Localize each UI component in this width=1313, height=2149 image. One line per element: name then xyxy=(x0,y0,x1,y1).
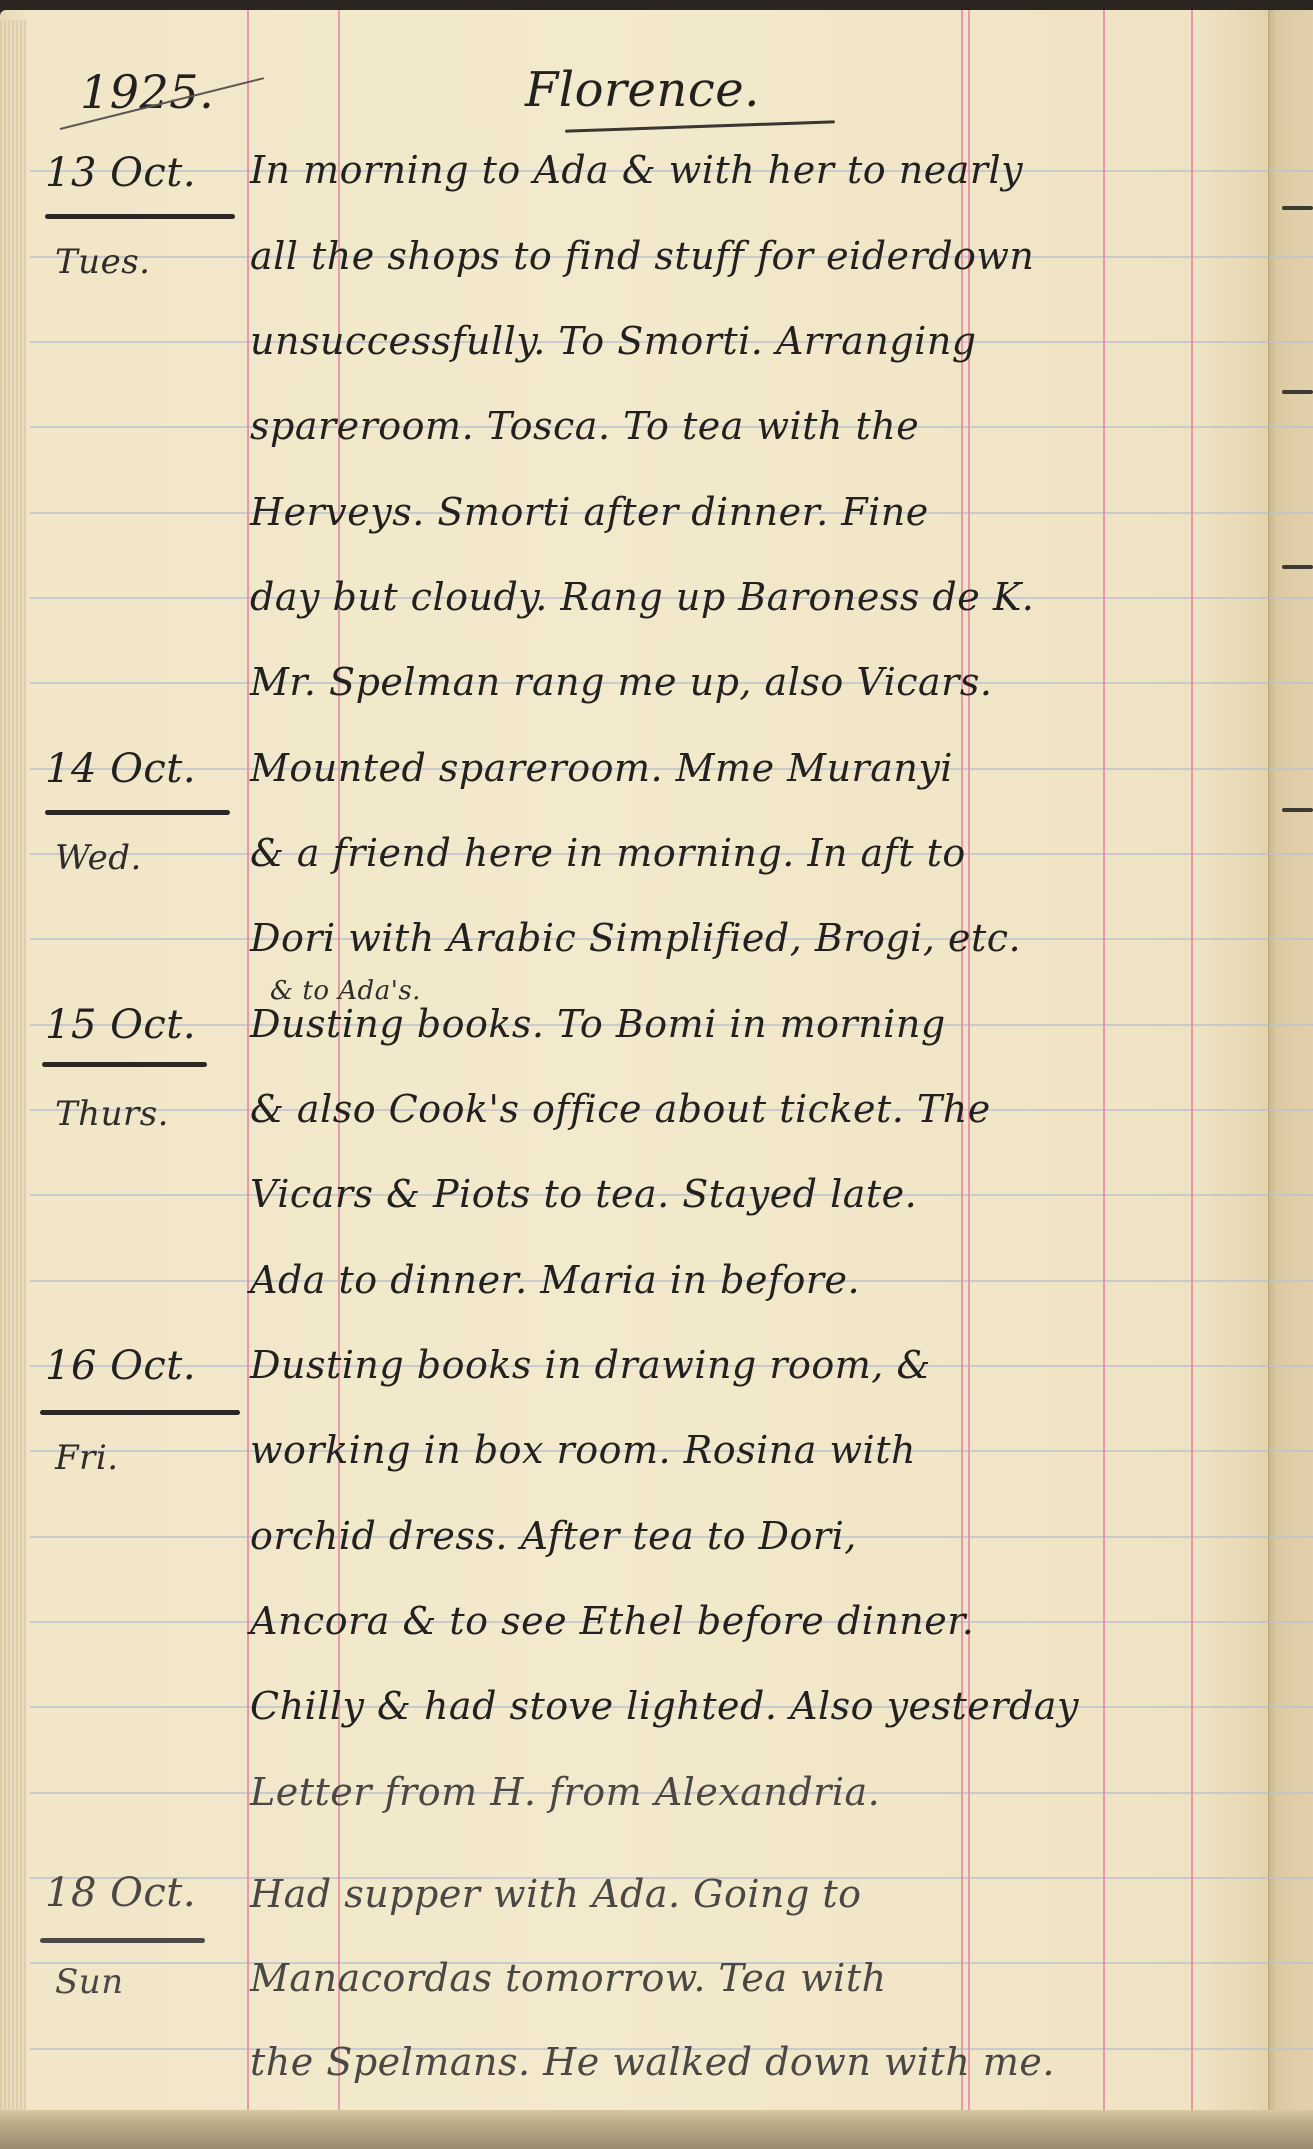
entry-line: working in box room. Rosina with xyxy=(250,1428,916,1472)
entry-date: 15 Oct. xyxy=(45,1002,196,1048)
ruled-line xyxy=(1269,256,1313,258)
entry-line: unsuccessfully. To Smorti. Arranging xyxy=(250,319,977,363)
margin-line xyxy=(1103,10,1105,2135)
ruled-line xyxy=(1269,1621,1313,1623)
entry-line: Vicars & Piots to tea. Stayed late. xyxy=(250,1172,917,1216)
ruled-line xyxy=(1269,1450,1313,1452)
diary-page: 1925. Florence. 13 Oct. Tues. In morning… xyxy=(0,10,1268,2135)
entry-line: Ada to dinner. Maria in before. xyxy=(250,1258,860,1302)
entry-line: Dusting books in drawing room, & xyxy=(250,1343,931,1387)
date-underline xyxy=(40,1938,205,1943)
ruled-line xyxy=(1269,1792,1313,1794)
entry-line: Mounted spareroom. Mme Muranyi xyxy=(250,746,953,790)
adjacent-page-date-underline xyxy=(1282,206,1313,210)
header-place: Florence. xyxy=(525,62,760,118)
date-underline xyxy=(45,214,235,219)
entry-line: Had supper with Ada. Going to xyxy=(250,1872,862,1916)
entry-line: & a friend here in morning. In aft to xyxy=(250,831,966,875)
entry-line: Dusting books. To Bomi in morning xyxy=(250,1002,946,1046)
entry-date: 13 Oct. xyxy=(45,150,196,196)
ruled-line xyxy=(1269,1024,1313,1026)
ruled-line xyxy=(1269,1877,1313,1879)
entry-line: day but cloudy. Rang up Baroness de K. xyxy=(250,575,1034,619)
entry-line: the Spelmans. He walked down with me. xyxy=(250,2040,1055,2084)
entry-date: 16 Oct. xyxy=(45,1343,196,1389)
margin-line xyxy=(1191,10,1193,2135)
entry-day: Fri. xyxy=(55,1438,119,1478)
margin-line xyxy=(247,10,249,2135)
ruled-line xyxy=(1269,512,1313,514)
adjacent-page-date-underline xyxy=(1282,565,1313,569)
entry-line: Ancora & to see Ethel before dinner. xyxy=(250,1599,974,1643)
ruled-line xyxy=(1269,597,1313,599)
ruled-line xyxy=(1269,682,1313,684)
ruled-line xyxy=(1269,2048,1313,2050)
entry-day: Thurs. xyxy=(55,1094,169,1134)
ruled-line xyxy=(1269,1194,1313,1196)
date-underline xyxy=(42,1062,207,1067)
entry-line: Chilly & had stove lighted. Also yesterd… xyxy=(250,1684,1079,1728)
entry-date: 18 Oct. xyxy=(45,1870,196,1916)
header-year: 1925. xyxy=(80,65,214,119)
header-place-underline xyxy=(565,120,835,132)
entry-day: Sun xyxy=(55,1962,124,2002)
ruled-line xyxy=(1269,170,1313,172)
entry-line: spareroom. Tosca. To tea with the xyxy=(250,404,919,448)
adjacent-page-date-underline xyxy=(1282,808,1313,812)
entry-date: 14 Oct. xyxy=(45,746,196,792)
entry-line: all the shops to find stuff for eiderdow… xyxy=(250,234,1034,278)
entry-day: Wed. xyxy=(55,838,142,878)
entry-line: Manacordas tomorrow. Tea with xyxy=(250,1956,887,2000)
book-bottom-edge xyxy=(0,2110,1313,2149)
entry-line: Herveys. Smorti after dinner. Fine xyxy=(250,490,929,534)
ruled-line xyxy=(1269,1365,1313,1367)
ruled-line xyxy=(1269,426,1313,428)
adjacent-page-edge xyxy=(1268,10,1313,2135)
entry-line: Mr. Spelman rang me up, also Vicars. xyxy=(250,660,992,704)
entry-line: In morning to Ada & with her to nearly xyxy=(250,148,1023,192)
entry-line: Dori with Arabic Simplified, Brogi, etc. xyxy=(250,916,1021,960)
ruled-line xyxy=(1269,1706,1313,1708)
date-underline xyxy=(40,1410,240,1415)
ruled-line xyxy=(1269,768,1313,770)
ruled-line xyxy=(1269,1109,1313,1111)
ruled-line xyxy=(1269,1536,1313,1538)
entry-line: orchid dress. After tea to Dori, xyxy=(250,1514,857,1558)
ruled-line xyxy=(1269,938,1313,940)
page-stack-edge xyxy=(0,20,26,2135)
ruled-line xyxy=(1269,1280,1313,1282)
adjacent-page-date-underline xyxy=(1282,390,1313,394)
date-underline xyxy=(45,810,230,815)
ruled-line xyxy=(1269,341,1313,343)
entry-line: Letter from H. from Alexandria. xyxy=(250,1770,880,1814)
ruled-line xyxy=(1269,853,1313,855)
ruled-line xyxy=(1269,1962,1313,1964)
entry-line: & also Cook's office about ticket. The xyxy=(250,1087,991,1131)
entry-day: Tues. xyxy=(55,242,150,282)
